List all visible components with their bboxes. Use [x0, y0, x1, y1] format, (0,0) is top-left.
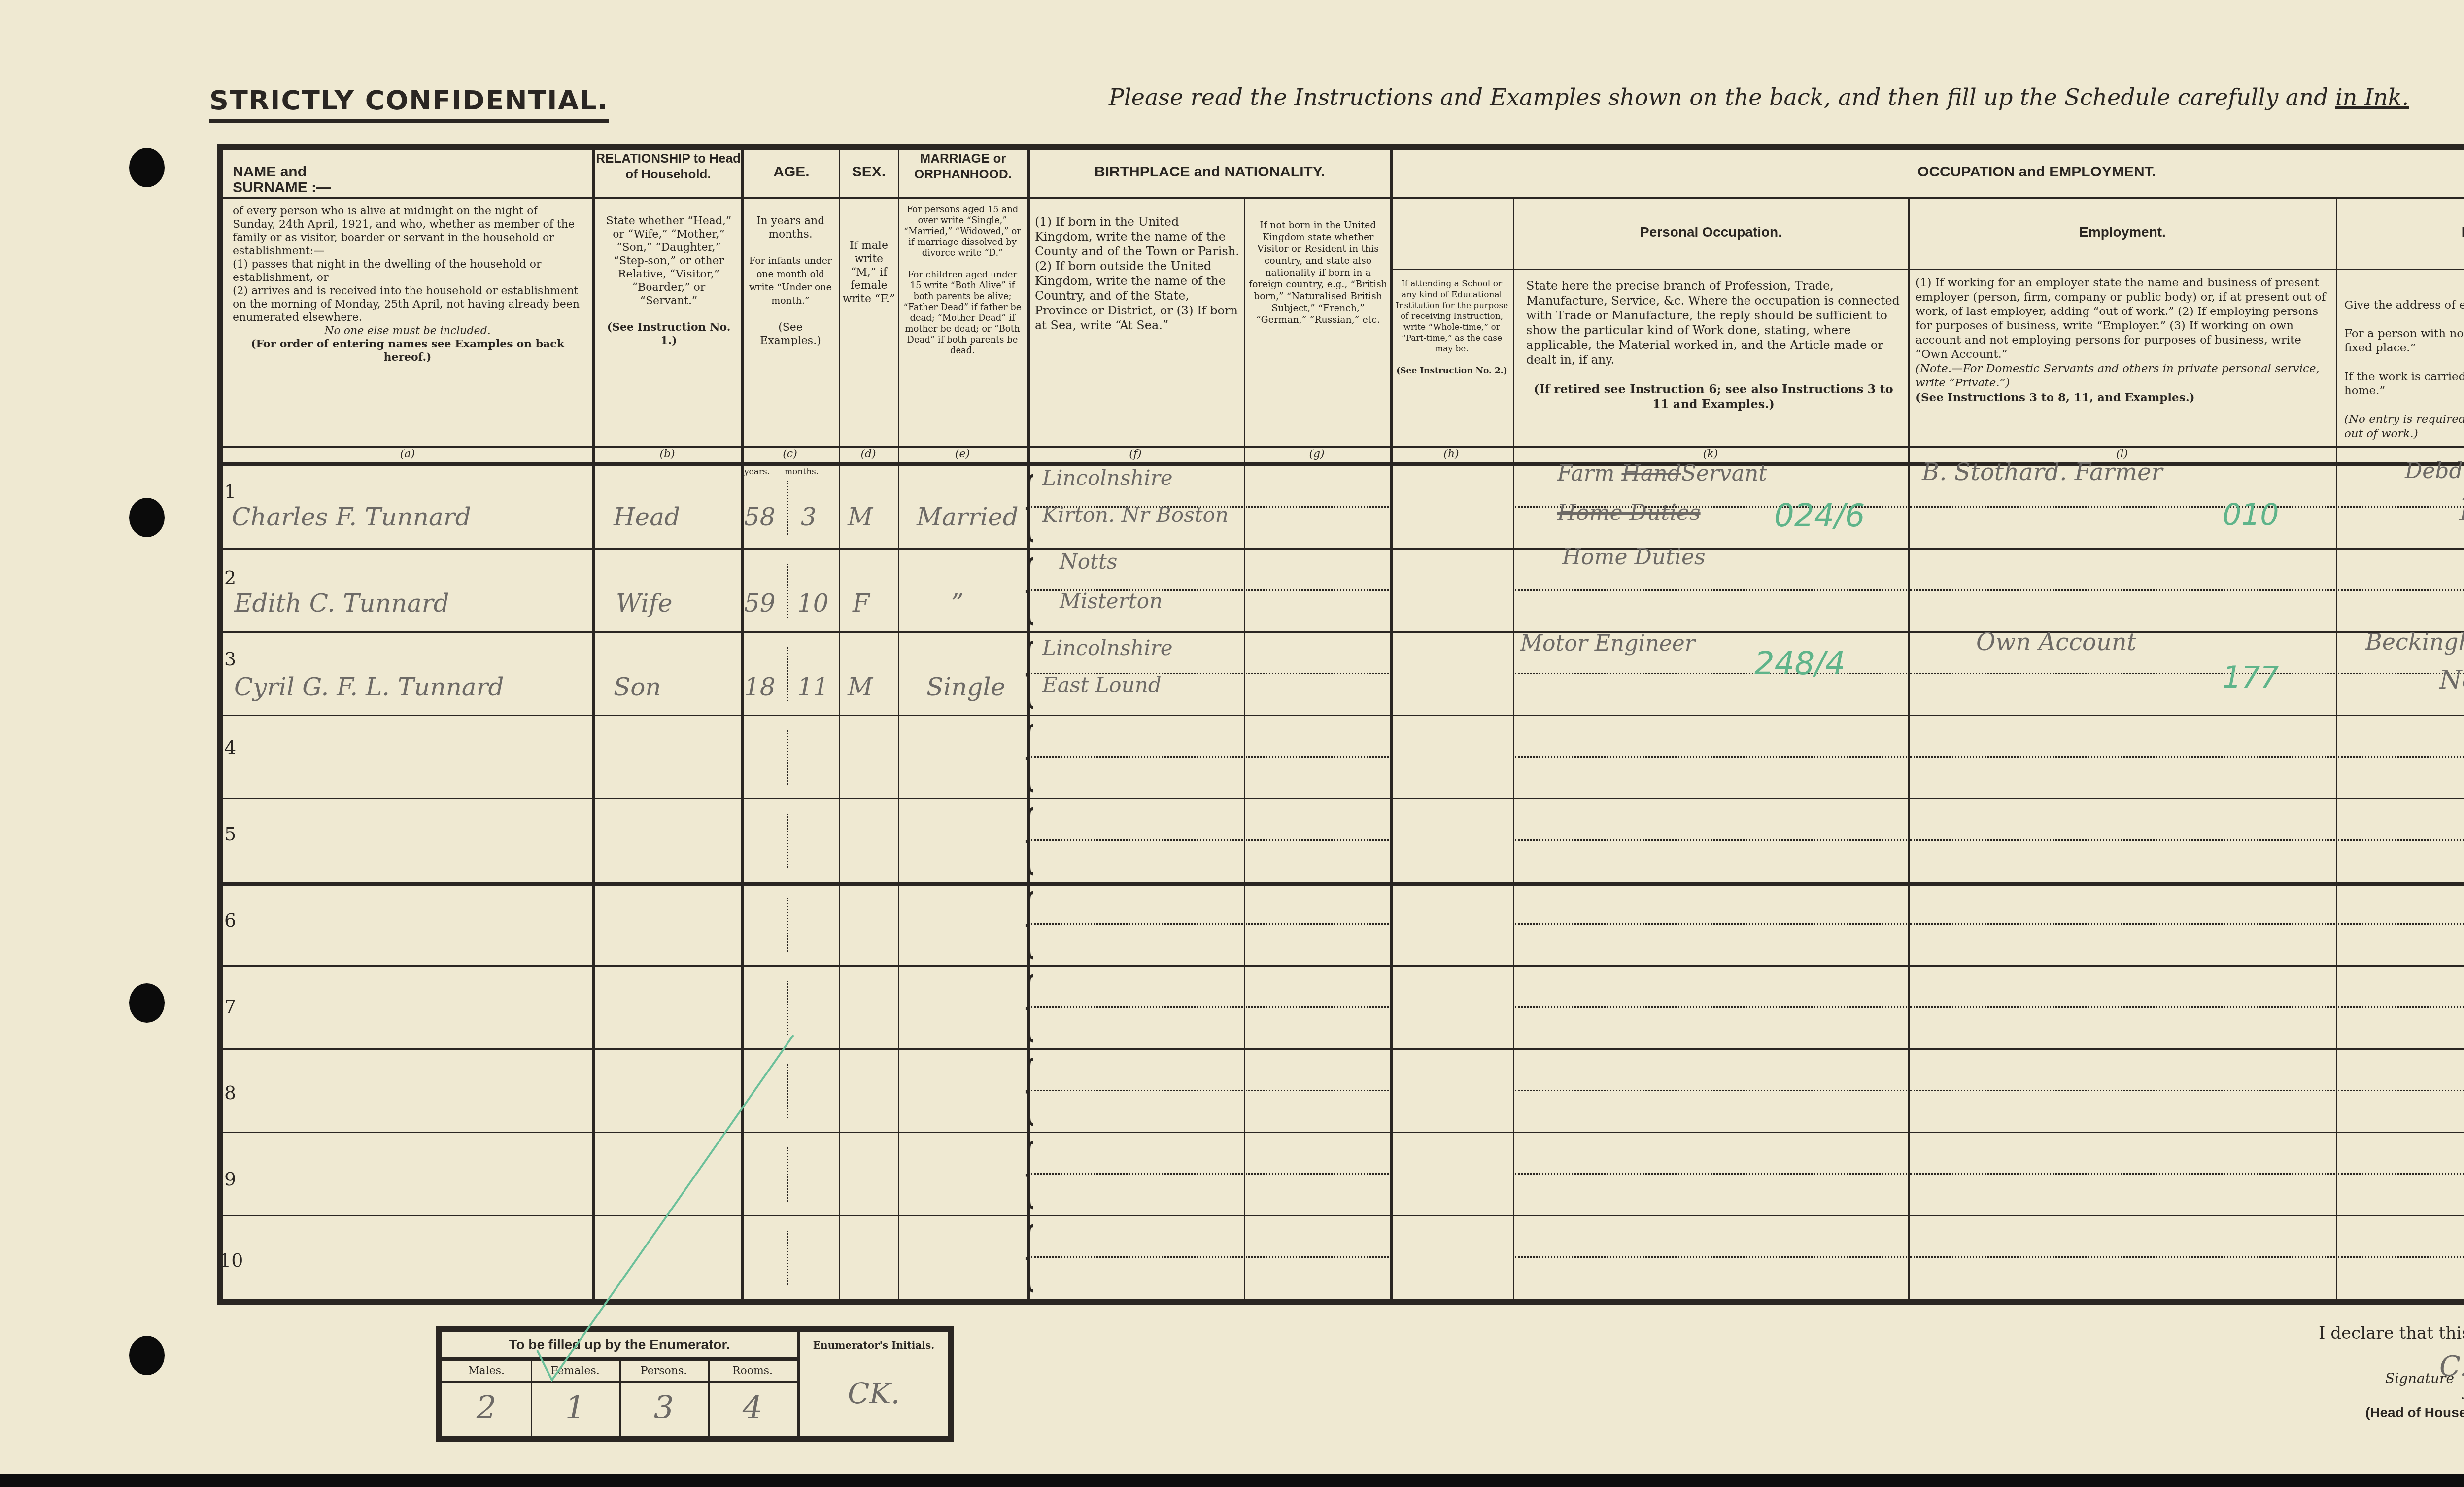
col-e-title: MARRIAGE or ORPHANHOOD.	[899, 150, 1027, 182]
initials-label: Enumerator's Initials.	[800, 1339, 948, 1352]
punch-hole	[129, 983, 165, 1023]
col-c-title: AGE.	[744, 164, 839, 180]
age-months: 11	[797, 673, 829, 701]
sex: M	[848, 503, 873, 531]
marriage-status: ”	[951, 589, 964, 618]
instruction-line: Please read the Instructions and Example…	[1109, 84, 2409, 110]
birth-county: Lincolnshire	[1042, 636, 1173, 660]
signature-line	[2462, 1397, 2464, 1399]
col-letter-h: (h)	[1390, 448, 1513, 460]
age-months-label: months.	[785, 467, 819, 477]
col-m-text: Give the address of each person's place …	[2344, 298, 2464, 441]
instruction-text: Please read the Instructions and Example…	[1109, 84, 2328, 110]
col-d-title: SEX.	[840, 164, 898, 180]
punch-hole	[129, 498, 165, 537]
brace-icon: {	[1021, 635, 1039, 709]
relationship: Wife	[616, 589, 673, 618]
col-letter-d: (d)	[839, 448, 898, 460]
sex: F	[853, 589, 870, 618]
workplace-county: Notts	[2439, 665, 2464, 695]
employment-code: 177	[2223, 660, 2279, 695]
females-count: 1	[531, 1391, 619, 1425]
birth-county: Lincolnshire	[1042, 466, 1173, 490]
brace-icon: {	[1021, 552, 1039, 625]
row-number: 9	[224, 1168, 236, 1190]
persons-count: 3	[619, 1391, 708, 1425]
employment-code: 010	[2223, 498, 2279, 532]
birth-county: Notts	[1060, 550, 1117, 574]
col-letter-c: (c)	[741, 448, 839, 460]
enumerator-check-mark	[517, 1035, 813, 1390]
col-d-text: If male write “M,” if female write “F.”	[842, 239, 896, 306]
col-letter-k: (k)	[1513, 448, 1908, 460]
col-letter-e: (e)	[898, 448, 1027, 460]
col-h-text: If attending a School or any kind of Edu…	[1393, 278, 1511, 376]
row-number: 7	[224, 996, 236, 1017]
occupation: Motor Engineer	[1520, 631, 1695, 656]
row-number: 8	[224, 1082, 236, 1104]
person-name: Cyril G. F. L. Tunnard	[234, 673, 504, 701]
relationship: Head	[614, 503, 680, 531]
marriage-status: Married	[917, 503, 1018, 531]
brace-icon: {	[1021, 968, 1039, 1042]
workplace-town: Misterton	[2459, 493, 2464, 527]
punch-hole	[129, 1336, 165, 1375]
person-name: Charles F. Tunnard	[232, 503, 471, 531]
row-number: 5	[224, 823, 236, 845]
col-b-title: RELATIONSHIP to Head of Household.	[595, 150, 741, 182]
signature-caption: (Head of Household, Manager of Establish…	[2365, 1405, 2464, 1420]
brace-icon: {	[1021, 801, 1039, 875]
col-f-text: (1) If born in the United Kingdom, write…	[1035, 214, 1239, 333]
brace-icon: {	[1021, 885, 1039, 959]
row-number: 4	[224, 737, 236, 759]
brace-icon: {	[1021, 1135, 1039, 1209]
declaration-text: I declare that this Schedule is correctl…	[2319, 1323, 2464, 1343]
employer: B. Stothard. Farmer	[1922, 458, 2162, 486]
relationship: Son	[614, 673, 661, 701]
row-number: 1	[224, 481, 236, 502]
col-g-text: If not born in the United Kingdom state …	[1248, 219, 1388, 326]
col-a-text: of every person who is alive at midnight…	[233, 205, 582, 364]
employment: Own Account	[1976, 628, 2136, 656]
col-letter-g: (g)	[1244, 448, 1390, 460]
col-e-text: For persons aged 15 and over write “Sing…	[901, 205, 1024, 356]
sex: M	[848, 673, 873, 701]
workplace: Debdhill Farm	[2405, 458, 2464, 484]
age-years: 18	[744, 673, 776, 701]
col-letter-f: (f)	[1027, 448, 1244, 460]
occupation: Farm HandServant	[1557, 461, 1767, 486]
col-k-title: Personal Occupation.	[1514, 224, 1908, 240]
workplace: Beckingham	[2365, 628, 2464, 655]
occupation-code: 248/4	[1754, 646, 1845, 682]
col-occupation-title: OCCUPATION and EMPLOYMENT.	[1393, 164, 2464, 180]
brace-icon: {	[1021, 1052, 1039, 1126]
col-letter-a: (a)	[223, 448, 592, 460]
brace-icon: {	[1021, 718, 1039, 792]
rooms-count: 4	[708, 1391, 797, 1425]
males-count: 2	[442, 1391, 531, 1425]
strictly-confidential-heading: STRICTLY CONFIDENTIAL.	[209, 85, 609, 123]
signature-value: C. F. Tunnard	[2439, 1350, 2464, 1383]
occupation-code: 024/6	[1774, 498, 1865, 534]
col-m-title: Place of Work.	[2337, 224, 2464, 240]
age-months: 3	[801, 503, 817, 531]
occupation: Home Duties	[1562, 545, 1706, 570]
brace-icon: {	[1021, 1218, 1039, 1292]
col-k-text: State here the precise branch of Profess…	[1526, 278, 1901, 412]
col-letter-b: (b)	[593, 448, 741, 460]
row-number: 2	[224, 567, 236, 588]
age-years: 58	[744, 503, 776, 531]
col-c-text: In years and months. For infants under o…	[746, 214, 835, 347]
age-months: 10	[797, 589, 829, 618]
col-l-title: Employment.	[1909, 224, 2336, 240]
occupation-struck: Home Duties	[1557, 500, 1701, 525]
birth-town: Misterton	[1060, 589, 1163, 613]
punch-hole	[129, 148, 165, 187]
enumerator-initials: CK.	[800, 1376, 948, 1411]
col-b-text: State whether “Head,” or “Wife,” “Mother…	[602, 214, 735, 347]
col-fg-title: BIRTHPLACE and NATIONALITY.	[1030, 164, 1390, 180]
row-number: 3	[224, 648, 236, 670]
row-number: 6	[224, 909, 236, 931]
census-schedule-page: STRICTLY CONFIDENTIAL. Please read the I…	[0, 0, 2464, 1474]
in-ink-text: in Ink.	[2335, 84, 2409, 110]
birth-town: East Lound	[1042, 673, 1162, 697]
col-l-text: (1) If working for an employer state the…	[1916, 276, 2329, 405]
birth-town: Kirton. Nr Boston	[1042, 503, 1229, 527]
age-years: 59	[744, 589, 776, 618]
brace-icon: {	[1021, 468, 1039, 542]
col-a-title: NAME and SURNAME :—	[233, 164, 380, 196]
marriage-status: Single	[926, 673, 1005, 701]
person-name: Edith C. Tunnard	[234, 589, 449, 618]
age-years-label: years.	[744, 467, 770, 477]
row-number: 10	[219, 1249, 243, 1271]
